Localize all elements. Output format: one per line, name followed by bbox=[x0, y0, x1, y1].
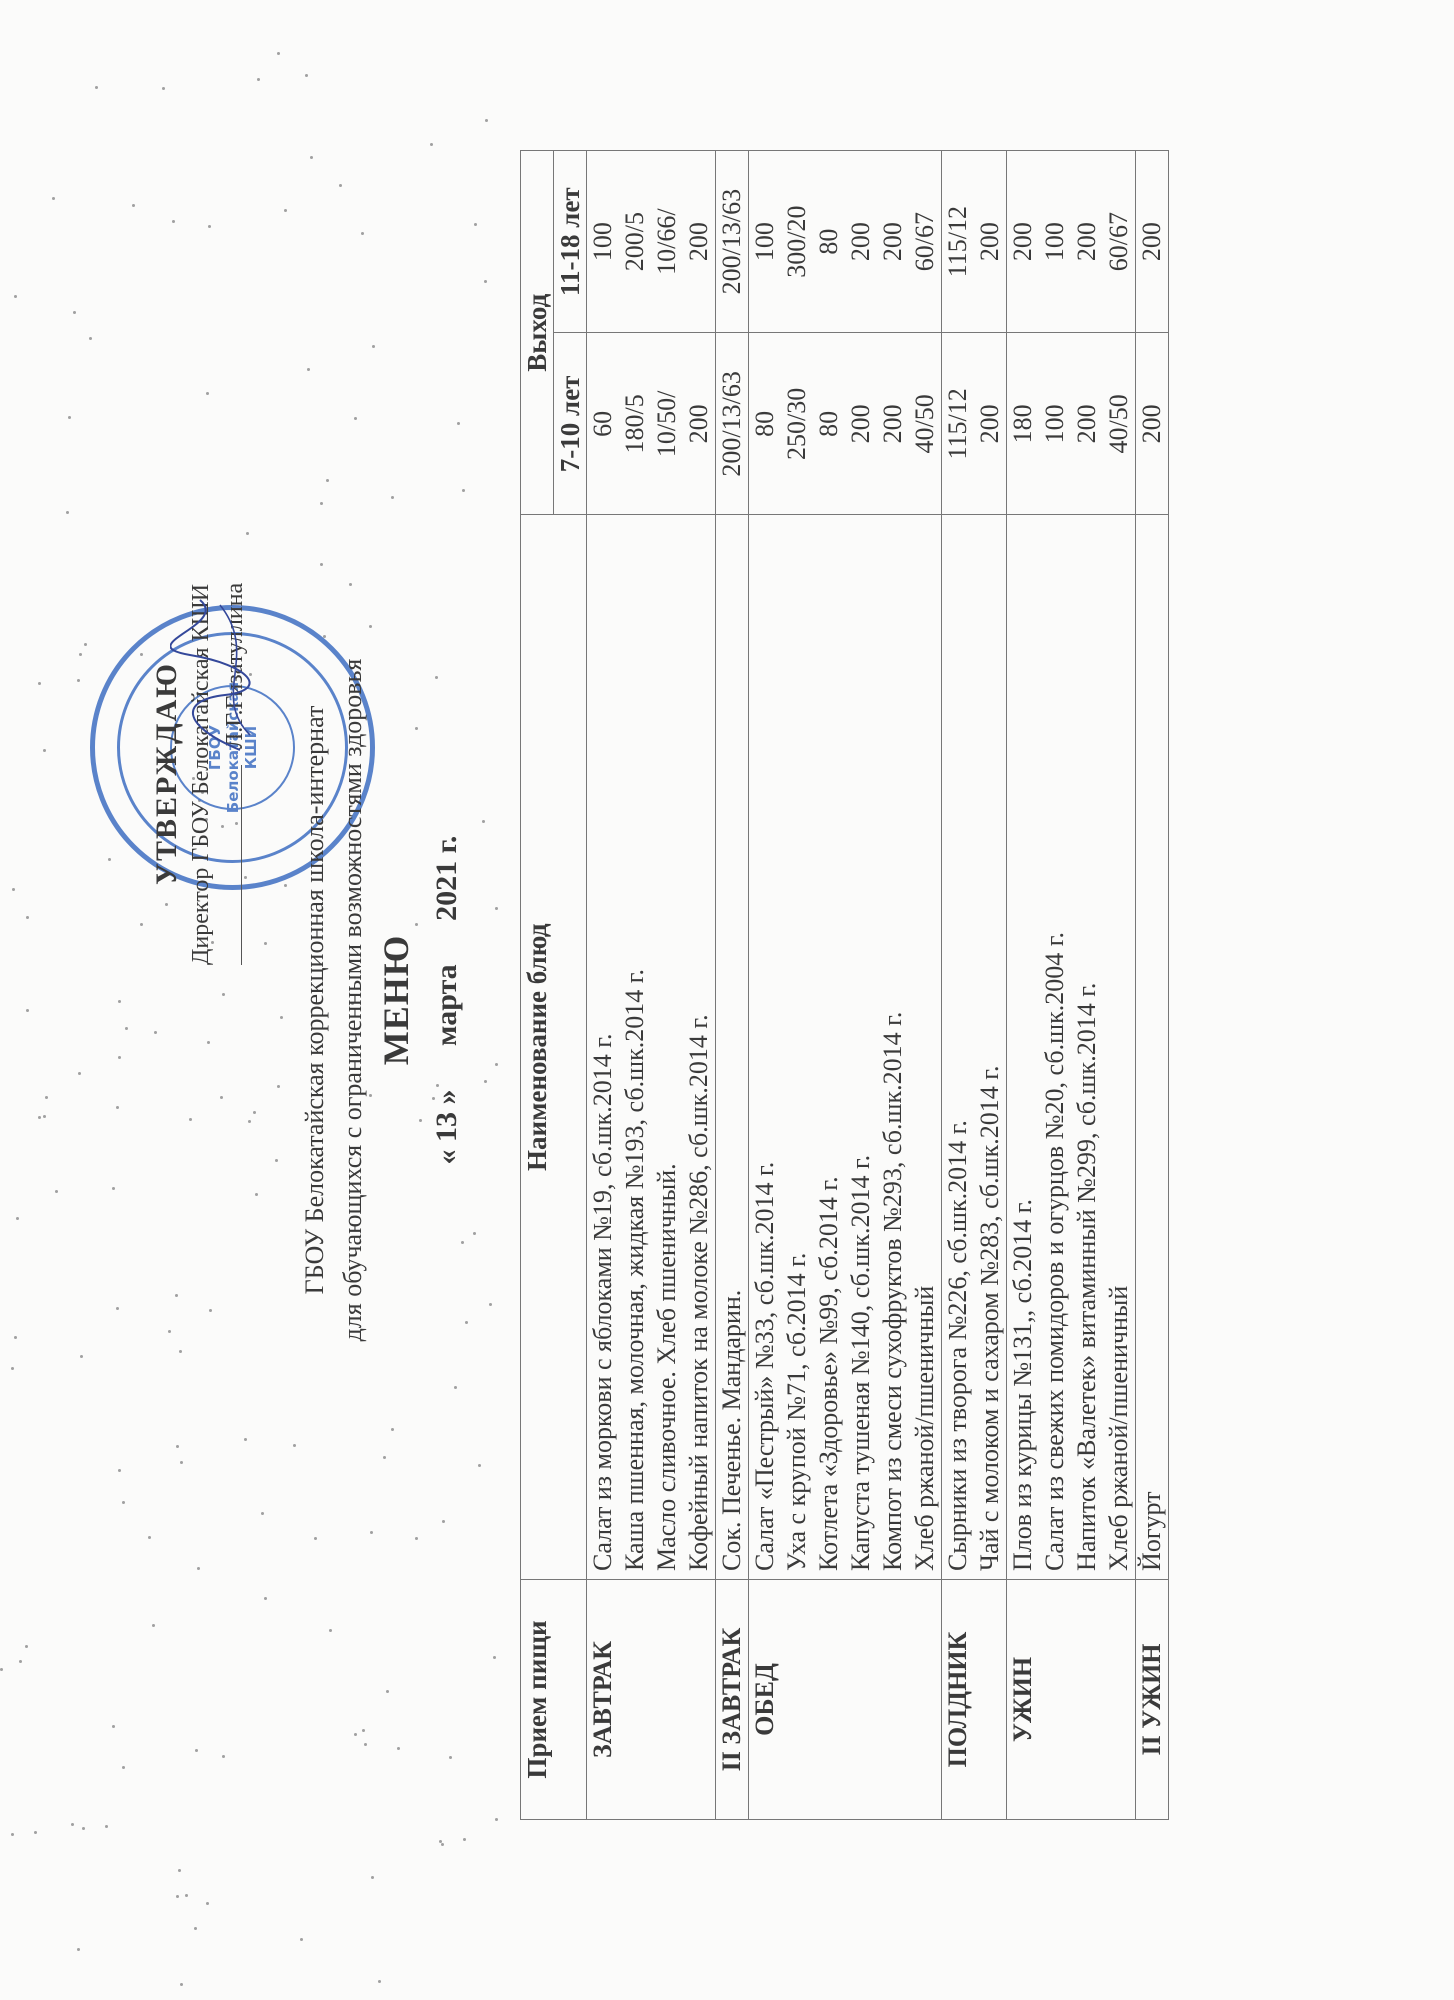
dish-item: Сырники из творога №226, сб.шк.2014 г. bbox=[942, 523, 974, 1570]
date-month: марта bbox=[430, 964, 463, 1046]
scan-speck bbox=[478, 1464, 481, 1467]
scan-speck bbox=[78, 1072, 81, 1075]
scan-speck bbox=[284, 209, 287, 212]
scan-speck bbox=[38, 1116, 41, 1119]
portion-value: 300/20 bbox=[781, 159, 813, 324]
scan-speck bbox=[185, 1894, 188, 1897]
approval-title: УТВЕРЖДАЮ bbox=[150, 445, 184, 965]
portion-value: 200 bbox=[974, 341, 1006, 506]
portion-value: 200 bbox=[845, 341, 877, 506]
scan-speck bbox=[11, 1367, 14, 1370]
dish-list: Сырники из творога №226, сб.шк.2014 г.Ча… bbox=[942, 515, 1007, 1579]
approval-position: Директор ГБОУ Белокатайская КШИ bbox=[184, 445, 218, 965]
scan-speck bbox=[168, 1330, 171, 1333]
dish-item: Салат из моркови с яблоками №19, сб.шк.2… bbox=[587, 523, 619, 1570]
scan-speck bbox=[277, 52, 280, 55]
portion-value: 200 bbox=[683, 159, 715, 324]
scan-speck bbox=[482, 820, 485, 823]
scan-speck bbox=[484, 280, 487, 283]
scan-speck bbox=[19, 1660, 22, 1663]
scan-speck bbox=[55, 1190, 58, 1193]
portion-value: 250/30 bbox=[781, 341, 813, 506]
date-year: 2021 г. bbox=[430, 836, 463, 921]
organization-name: ГБОУ Белокатайская коррекционная школа-и… bbox=[300, 0, 330, 2000]
header-age-7-10: 7-10 лет bbox=[554, 333, 587, 515]
scan-speck bbox=[179, 1350, 182, 1353]
header-meal: Прием пищи bbox=[521, 1579, 587, 1819]
scan-speck bbox=[112, 1725, 115, 1728]
scan-speck bbox=[207, 1041, 210, 1044]
scan-speck bbox=[122, 1501, 125, 1504]
dish-item: Компот из смеси сухофруктов №293, сб.шк.… bbox=[877, 523, 909, 1570]
scan-speck bbox=[82, 1827, 85, 1830]
scan-speck bbox=[495, 1063, 498, 1066]
menu-table: Прием пищи Наименование блюд Выход 7-10 … bbox=[520, 150, 1169, 1820]
scan-speck bbox=[116, 1307, 119, 1310]
scan-speck bbox=[112, 1187, 115, 1190]
scan-speck bbox=[132, 205, 135, 208]
scan-speck bbox=[369, 1094, 372, 1097]
dish-list: Сок. Печенье. Мандарин. bbox=[716, 515, 749, 1579]
meal-name: ОБЕД bbox=[749, 1579, 942, 1819]
scan-speck bbox=[473, 1232, 476, 1235]
scan-speck bbox=[222, 1755, 225, 1758]
scan-speck bbox=[116, 1106, 119, 1109]
scan-speck bbox=[89, 337, 92, 340]
scan-speck bbox=[108, 858, 111, 861]
scan-speck bbox=[178, 1869, 181, 1872]
portion-value: 200 bbox=[1136, 341, 1168, 506]
document-date: « 13 » марта 2021 г. bbox=[430, 0, 464, 2000]
portion-value: 10/66/ bbox=[651, 159, 683, 324]
scan-speck bbox=[16, 1217, 19, 1220]
portion-value: 200 bbox=[1007, 159, 1039, 324]
dish-item: Уха с крупой №71, сб.2014 г. bbox=[781, 523, 813, 1570]
meal-name: II ЗАВТРАК bbox=[716, 1579, 749, 1819]
scan-speck bbox=[73, 311, 76, 314]
dish-item: Салат «Пестрый» №33, сб.шк.2014 г. bbox=[749, 523, 781, 1570]
scan-speck bbox=[465, 1321, 468, 1324]
portion-11-18: 100300/208020020060/67 bbox=[749, 151, 942, 333]
scan-speck bbox=[118, 1056, 121, 1059]
scan-speck bbox=[14, 295, 17, 298]
scan-speck bbox=[222, 993, 225, 996]
menu-document: ГБОУ Белокатайская КШИ УТВЕРЖДАЮ Директо… bbox=[0, 0, 1454, 2000]
scan-speck bbox=[162, 87, 165, 90]
scan-speck bbox=[253, 1111, 256, 1114]
scan-speck bbox=[68, 416, 71, 419]
portion-7-10: 200 bbox=[1136, 333, 1169, 515]
scan-speck bbox=[370, 1531, 373, 1534]
scan-speck bbox=[122, 1766, 125, 1769]
dish-item: Котлета «Здоровье» №99, сб.2014 г. bbox=[813, 523, 845, 1570]
scan-speck bbox=[206, 392, 209, 395]
scan-speck bbox=[14, 1336, 17, 1339]
scan-speck bbox=[264, 1597, 267, 1600]
scan-speck bbox=[84, 643, 87, 646]
approval-signatory: Л.Г.Гизатуллина bbox=[222, 583, 248, 749]
portion-value: 180 bbox=[1007, 341, 1039, 506]
scan-speck bbox=[261, 1512, 264, 1515]
scan-speck bbox=[280, 1016, 283, 1019]
scan-speck bbox=[43, 749, 46, 752]
portion-7-10: 60180/510/50/200 bbox=[587, 333, 716, 515]
scan-speck bbox=[95, 86, 98, 89]
table-row: II УЖИНЙогурт200200 bbox=[1136, 151, 1169, 1820]
scan-speck bbox=[264, 942, 267, 945]
organization-subtitle: для обучающихся с ограниченными возможно… bbox=[338, 0, 368, 2000]
header-dish: Наименование блюд bbox=[521, 515, 587, 1579]
portion-value: 80 bbox=[749, 341, 781, 506]
scan-speck bbox=[180, 1461, 183, 1464]
portion-value: 100 bbox=[587, 159, 619, 324]
portion-value: 60/67 bbox=[909, 159, 941, 324]
scan-speck bbox=[148, 1536, 151, 1539]
scan-speck bbox=[419, 1119, 422, 1122]
scan-speck bbox=[25, 1645, 28, 1648]
scan-speck bbox=[293, 1444, 296, 1447]
dish-item: Салат из свежих помидоров и огурцов №20,… bbox=[1039, 523, 1071, 1570]
portion-value: 180/5 bbox=[619, 341, 651, 506]
scan-speck bbox=[484, 1080, 487, 1083]
scan-speck bbox=[26, 1009, 29, 1012]
scan-speck bbox=[489, 1303, 492, 1306]
portion-11-18: 115/12200 bbox=[942, 151, 1007, 333]
signature-line bbox=[241, 765, 242, 965]
scan-speck bbox=[105, 1825, 108, 1828]
meal-name: ЗАВТРАК bbox=[587, 1579, 716, 1819]
portion-value: 60 bbox=[587, 341, 619, 506]
scan-speck bbox=[206, 1902, 209, 1905]
scan-speck bbox=[154, 1031, 157, 1034]
portion-11-18: 200/13/63 bbox=[716, 151, 749, 333]
table-row: УЖИНПлов из курицы №131,, сб.2014 г.Сала… bbox=[1007, 151, 1136, 1820]
portion-7-10: 18010020040/50 bbox=[1007, 333, 1136, 515]
portion-value: 200 bbox=[845, 159, 877, 324]
meal-name: УЖИН bbox=[1007, 1579, 1136, 1819]
table-row: ПОЛДНИКСырники из творога №226, сб.шк.20… bbox=[942, 151, 1007, 1820]
approval-signatory-line: Л.Г.Гизатуллина bbox=[218, 445, 252, 965]
scan-speck bbox=[220, 1096, 223, 1099]
portion-value: 100 bbox=[1039, 159, 1071, 324]
scan-speck bbox=[172, 220, 175, 223]
portion-value: 200 bbox=[877, 159, 909, 324]
scan-speck bbox=[77, 1948, 80, 1951]
dish-item: Кофейный напиток на молоке №286, сб.шк.2… bbox=[683, 523, 715, 1570]
scan-speck bbox=[66, 511, 69, 514]
portion-11-18: 200 bbox=[1136, 151, 1169, 333]
scan-speck bbox=[118, 1469, 121, 1472]
portion-value: 200/13/63 bbox=[716, 341, 748, 506]
scan-speck bbox=[189, 1118, 192, 1121]
scan-speck bbox=[79, 653, 82, 656]
meal-name: II УЖИН bbox=[1136, 1579, 1169, 1819]
dish-item: Напиток «Валетек» витаминный №299, сб.шк… bbox=[1071, 523, 1103, 1570]
dish-item: Масло сливочное. Хлеб пшеничный. bbox=[651, 523, 683, 1570]
portion-value: 200/13/63 bbox=[716, 159, 748, 324]
dish-item: Каша пшенная, молочная, жидкая №193, сб.… bbox=[619, 523, 651, 1570]
scan-speck bbox=[284, 884, 287, 887]
scan-speck bbox=[485, 119, 488, 122]
dish-item: Чай с молоком и сахаром №283, сб.шк.2014… bbox=[974, 523, 1006, 1570]
header-output: Выход bbox=[521, 151, 554, 515]
portion-7-10: 115/12200 bbox=[942, 333, 1007, 515]
scan-speck bbox=[275, 1159, 278, 1162]
table-header-row: Прием пищи Наименование блюд Выход bbox=[521, 151, 554, 1820]
scan-speck bbox=[197, 1567, 200, 1570]
table-row: ОБЕДСалат «Пестрый» №33, сб.шк.2014 г.Ух… bbox=[749, 151, 942, 1820]
dish-item: Сок. Печенье. Мандарин. bbox=[716, 523, 748, 1570]
scan-speck bbox=[209, 1309, 212, 1312]
meal-name: ПОЛДНИК bbox=[942, 1579, 1007, 1819]
portion-7-10: 200/13/63 bbox=[716, 333, 749, 515]
scan-speck bbox=[208, 225, 211, 228]
portion-value: 200 bbox=[1136, 159, 1168, 324]
portion-value: 115/12 bbox=[942, 159, 974, 324]
dish-item: Йогурт bbox=[1136, 523, 1168, 1570]
portion-value: 100 bbox=[1039, 341, 1071, 506]
portion-value: 80 bbox=[813, 159, 845, 324]
scan-speck bbox=[43, 1115, 46, 1118]
scan-speck bbox=[244, 1438, 247, 1441]
table-row: ЗАВТРАКСалат из моркови с яблоками №19, … bbox=[587, 151, 716, 1820]
portion-value: 200 bbox=[974, 159, 1006, 324]
dish-item: Хлеб ржаной/пшеничный bbox=[1103, 523, 1135, 1570]
portion-value: 80 bbox=[813, 341, 845, 506]
header-age-11-18: 11-18 лет bbox=[554, 151, 587, 333]
portion-value: 200 bbox=[877, 341, 909, 506]
portion-11-18: 100200/510/66/200 bbox=[587, 151, 716, 333]
scan-speck bbox=[0, 1668, 3, 1671]
table-row: II ЗАВТРАКСок. Печенье. Мандарин.200/13/… bbox=[716, 151, 749, 1820]
scan-speck bbox=[12, 888, 15, 891]
portion-value: 40/50 bbox=[909, 341, 941, 506]
dish-list: Йогурт bbox=[1136, 515, 1169, 1579]
scan-speck bbox=[248, 1120, 251, 1123]
portion-value: 100 bbox=[749, 159, 781, 324]
scan-speck bbox=[495, 907, 498, 910]
scan-speck bbox=[152, 1624, 155, 1627]
scan-speck bbox=[257, 78, 260, 81]
portion-value: 200 bbox=[1071, 341, 1103, 506]
scan-speck bbox=[77, 679, 80, 682]
scan-speck bbox=[474, 223, 477, 226]
portion-value: 200 bbox=[683, 341, 715, 506]
dish-list: Плов из курицы №131,, сб.2014 г.Салат из… bbox=[1007, 515, 1136, 1579]
portion-value: 60/67 bbox=[1103, 159, 1135, 324]
scan-speck bbox=[255, 1193, 258, 1196]
scan-speck bbox=[176, 1445, 179, 1448]
scan-speck bbox=[194, 1927, 197, 1930]
approval-block: УТВЕРЖДАЮ Директор ГБОУ Белокатайская КШ… bbox=[150, 445, 252, 965]
document-title: МЕНЮ bbox=[375, 0, 417, 2000]
scan-speck bbox=[195, 1749, 198, 1752]
portion-value: 200/5 bbox=[619, 159, 651, 324]
scan-speck bbox=[45, 1096, 48, 1099]
portion-11-18: 20010020060/67 bbox=[1007, 151, 1136, 333]
scan-speck bbox=[175, 1294, 178, 1297]
portion-7-10: 80250/308020020040/50 bbox=[749, 333, 942, 515]
scan-speck bbox=[369, 625, 372, 628]
scan-speck bbox=[80, 1355, 83, 1358]
scan-speck bbox=[118, 1000, 121, 1003]
scan-speck bbox=[277, 1085, 280, 1088]
scan-speck bbox=[52, 197, 55, 200]
scan-speck bbox=[26, 916, 29, 919]
scan-speck bbox=[176, 1895, 179, 1898]
dish-list: Салат из моркови с яблоками №19, сб.шк.2… bbox=[587, 515, 716, 1579]
scan-speck bbox=[125, 1027, 128, 1030]
dish-item: Плов из курицы №131,, сб.2014 г. bbox=[1007, 523, 1039, 1570]
scan-speck bbox=[34, 1831, 37, 1834]
scan-speck bbox=[140, 923, 143, 926]
scan-speck bbox=[11, 1833, 14, 1836]
date-day: « 13 » bbox=[430, 1089, 463, 1164]
scan-speck bbox=[71, 1823, 74, 1826]
portion-value: 10/50/ bbox=[651, 341, 683, 506]
scan-speck bbox=[495, 1818, 498, 1821]
scan-speck bbox=[180, 1983, 183, 1986]
scan-speck bbox=[371, 1876, 374, 1879]
dish-item: Хлеб ржаной/пшеничный bbox=[909, 523, 941, 1570]
dish-item: Капуста тушеная №140, сб.шк.2014 г. bbox=[845, 523, 877, 1570]
portion-value: 115/12 bbox=[942, 341, 974, 506]
portion-value: 200 bbox=[1071, 159, 1103, 324]
scan-speck bbox=[493, 1656, 496, 1659]
scan-speck bbox=[38, 682, 41, 685]
dish-list: Салат «Пестрый» №33, сб.шк.2014 г.Уха с … bbox=[749, 515, 942, 1579]
portion-value: 40/50 bbox=[1103, 341, 1135, 506]
